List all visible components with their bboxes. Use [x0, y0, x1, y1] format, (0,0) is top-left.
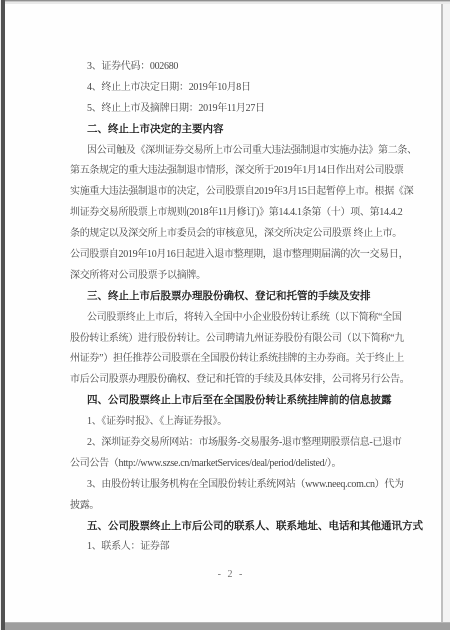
text-line: 3、由股份转让服务机构在全国股份转让系统网站（www.neeq.com.cn）代…	[70, 475, 392, 496]
section-heading: 四、公司股票终止上市后至在全国股份转让系统挂牌前的信息披露	[70, 391, 392, 412]
section-heading: 五、公司股票终止上市后公司的联系人、联系地址、电话和其他通讯方式	[70, 517, 392, 538]
text-line: 因公司触及《深圳证券交易所上市公司重大违法强制退市实施办法》第二条、	[70, 141, 392, 162]
text-line: 州证券”）担任推荐公司股票在全国股份转让系统挂牌的主办券商。关于终止上	[70, 349, 392, 370]
text-line: 5、终止上市及摘牌日期：2019年11月27日	[70, 99, 392, 120]
text-line: 披露。	[70, 496, 392, 517]
text-line: 1、联系人：证券部	[70, 537, 392, 558]
page-number: - 2 -	[70, 565, 392, 585]
section-heading: 二、终止上市决定的主要内容	[70, 120, 392, 141]
text-line: 股份转让系统）进行股份转让。公司聘请九州证券股份有限公司（以下简称“九	[70, 329, 392, 350]
text-line: 1、《证券时报》、《上海证券报》。	[70, 412, 392, 433]
text-line: 市后公司股票办理股份确权、登记和托管的手续及具体安排，公司将另行公告。	[70, 370, 392, 391]
page-left-shadow-bar	[0, 0, 5, 630]
text-line: 公司公告（http://www.szse.cn/marketServices/d…	[70, 454, 392, 475]
scanned-document-page: { "colors": { "ink": "#474747", "ink_bol…	[0, 0, 450, 630]
text-line: 公司股票终止上市后，将转入全国中小企业股份转让系统（以下简称“全国	[70, 308, 392, 329]
text-line: 第五条规定的重大违法强制退市情形，深交所于2019年1月14日作出对公司股票	[70, 161, 392, 182]
page-top-edge	[0, 0, 450, 4]
document-body: 3、证券代码：0026804、终止上市决定日期：2019年10月8日5、终止上市…	[70, 57, 392, 585]
text-line: 公司股票自2019年10月16日起进入退市整理期，退市整理期届满的次一交易日，	[70, 245, 392, 266]
section-heading: 三、终止上市后股票办理股份确权、登记和托管的手续及安排	[70, 287, 392, 308]
text-line: 2、深圳证券交易所网站：市场服务-交易服务-退市整理期股票信息-已退市	[70, 433, 392, 454]
text-line: 深交所将对公司股票予以摘牌。	[70, 266, 392, 287]
text-line: 4、终止上市决定日期：2019年10月8日	[70, 78, 392, 99]
text-line: 条的规定以及深交所上市委员会的审核意见，深交所决定公司股票 终止上市。	[70, 224, 392, 245]
text-line: 圳证券交易所股票上市规则(2018年11月修订)》第14.4.1条第（十）项、第…	[70, 203, 392, 224]
page-right-edge	[441, 0, 443, 630]
page-bottom-edge	[0, 622, 450, 630]
page-right-gutter	[443, 0, 450, 630]
text-line: 实施重大违法强制退市的决定，公司股票自2019年3月15日起暂停上市。根据《深	[70, 182, 392, 203]
text-line: 3、证券代码：002680	[70, 57, 392, 78]
